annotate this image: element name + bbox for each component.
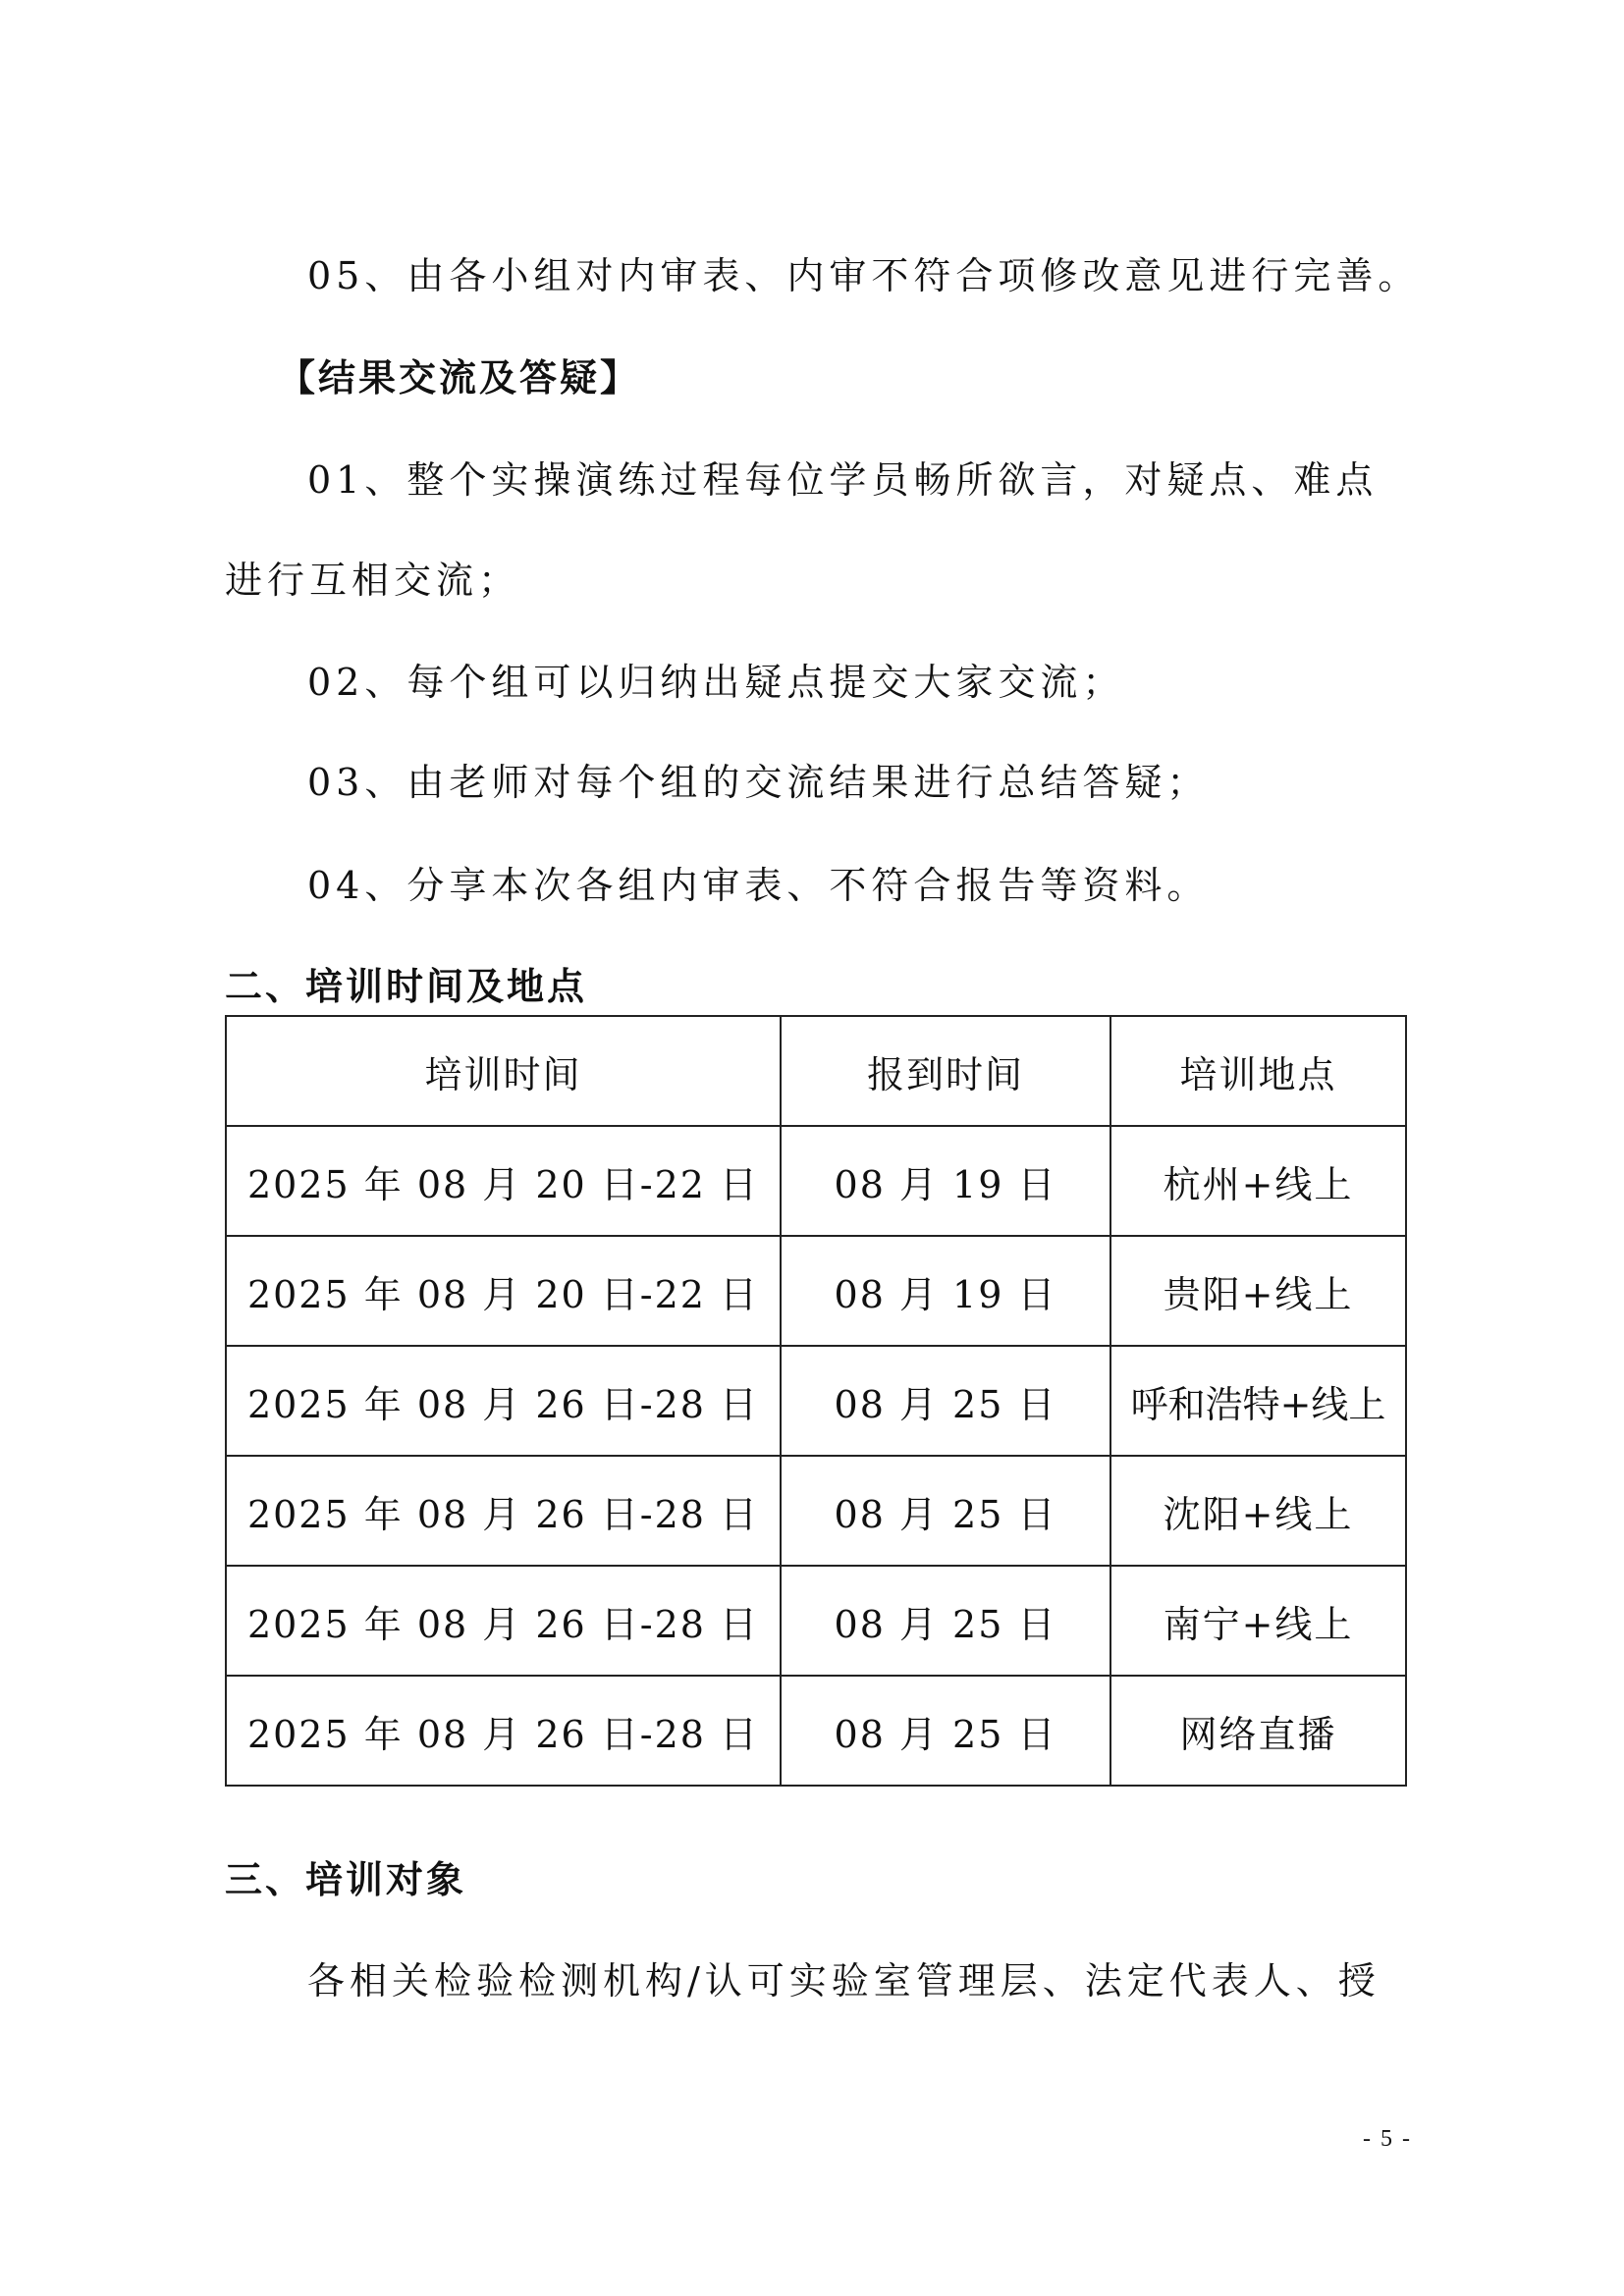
table-row: 2025 年 08 月 20 日-22 日 08 月 19 日 贵阳+线上 [226,1236,1406,1346]
schedule-table: 培训时间 报到时间 培训地点 2025 年 08 月 20 日-22 日 08 … [225,1015,1407,1787]
cell-training-time: 2025 年 08 月 20 日-22 日 [226,1236,781,1346]
paragraph-audience-line1: 各相关检验检测机构/认可实验室管理层、法定代表人、授 [307,1958,1380,2003]
paragraph-item-01-line2: 进行互相交流； [225,558,520,603]
cell-location: 南宁+线上 [1110,1566,1406,1676]
cell-registration-time: 08 月 19 日 [781,1126,1110,1236]
cell-registration-time: 08 月 25 日 [781,1346,1110,1456]
header-training-location: 培训地点 [1110,1016,1406,1126]
paragraph-item-03: 03、由老师对每个组的交流结果进行总结答疑； [307,760,1209,805]
section-heading-result-exchange: 【结果交流及答疑】 [278,355,640,400]
table-row: 2025 年 08 月 26 日-28 日 08 月 25 日 呼和浩特+线上 [226,1346,1406,1456]
cell-training-time: 2025 年 08 月 26 日-28 日 [226,1456,781,1566]
page-number: - 5 - [1363,2126,1412,2153]
header-training-time: 培训时间 [226,1016,781,1126]
paragraph-item-02: 02、每个组可以归纳出疑点提交大家交流； [307,660,1124,705]
cell-training-time: 2025 年 08 月 26 日-28 日 [226,1566,781,1676]
table-row: 2025 年 08 月 26 日-28 日 08 月 25 日 沈阳+线上 [226,1456,1406,1566]
cell-training-time: 2025 年 08 月 26 日-28 日 [226,1346,781,1456]
cell-location: 杭州+线上 [1110,1126,1406,1236]
cell-location: 呼和浩特+线上 [1110,1346,1406,1456]
section-heading-training-audience: 三、培训对象 [225,1857,466,1902]
cell-registration-time: 08 月 25 日 [781,1456,1110,1566]
cell-training-time: 2025 年 08 月 20 日-22 日 [226,1126,781,1236]
cell-registration-time: 08 月 25 日 [781,1566,1110,1676]
paragraph-item-01-line1: 01、整个实操演练过程每位学员畅所欲言，对疑点、难点 [307,457,1378,503]
table-header-row: 培训时间 报到时间 培训地点 [226,1016,1406,1126]
cell-location: 贵阳+线上 [1110,1236,1406,1346]
cell-training-time: 2025 年 08 月 26 日-28 日 [226,1676,781,1786]
cell-registration-time: 08 月 19 日 [781,1236,1110,1346]
table-row: 2025 年 08 月 26 日-28 日 08 月 25 日 南宁+线上 [226,1566,1406,1676]
section-heading-time-location: 二、培训时间及地点 [225,964,587,1009]
table-row: 2025 年 08 月 26 日-28 日 08 月 25 日 网络直播 [226,1676,1406,1786]
cell-location: 网络直播 [1110,1676,1406,1786]
table-row: 2025 年 08 月 20 日-22 日 08 月 19 日 杭州+线上 [226,1126,1406,1236]
cell-location: 沈阳+线上 [1110,1456,1406,1566]
header-registration-time: 报到时间 [781,1016,1110,1126]
cell-registration-time: 08 月 25 日 [781,1676,1110,1786]
paragraph-item-04: 04、分享本次各组内审表、不符合报告等资料。 [307,863,1209,908]
paragraph-item-05: 05、由各小组对内审表、内审不符合项修改意见进行完善。 [307,253,1420,298]
